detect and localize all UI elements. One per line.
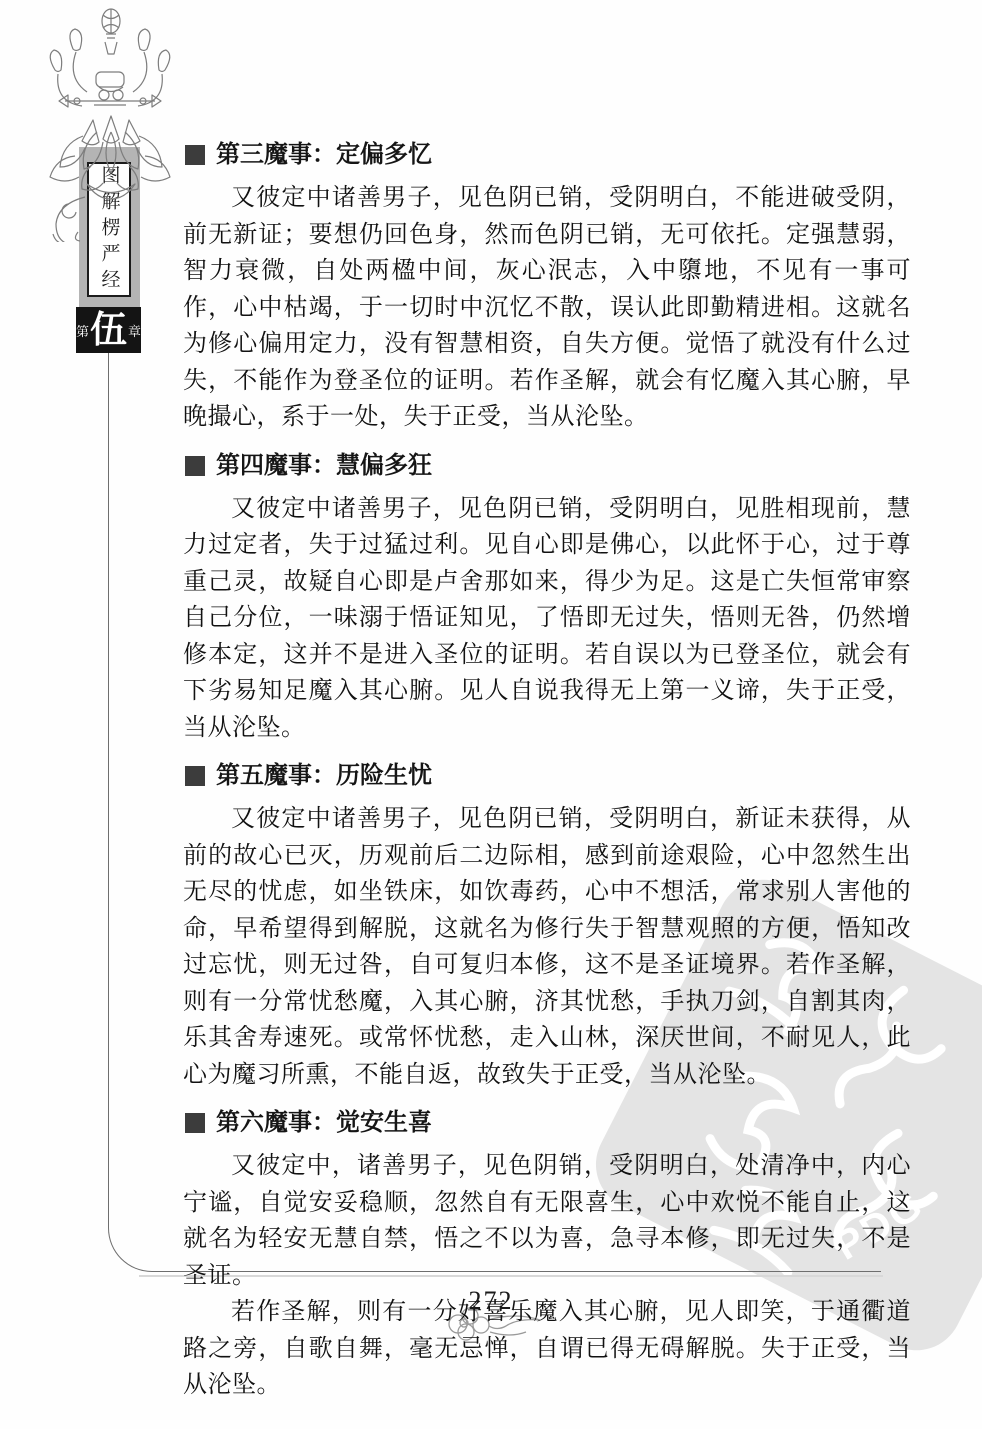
book-page: PDG [0, 0, 982, 1429]
section-mara-4: 第四魔事：慧偏多狂 又彼定中诸善男子，见色阴已销，受阴明白，见胜相现前，慧力过定… [183, 451, 911, 747]
section-heading: 第四魔事：慧偏多狂 [185, 451, 911, 481]
section-heading: 第五魔事：历险生忧 [185, 761, 911, 791]
main-text-column: 第三魔事：定偏多忆 又彼定中诸善男子，见色阴已销，受阴明白，不能进破受阴，前无新… [183, 140, 911, 1418]
body-paragraph: 又彼定中诸善男子，见色阴已销，受阴明白，见胜相现前，慧力过定者，失于过猛过利。见… [183, 491, 911, 747]
body-paragraph: 又彼定中诸善男子，见色阴已销，受阴明白，不能进破受阴，前无新证；要想仍回色身，然… [183, 180, 911, 436]
page-number: 272 [469, 1286, 514, 1315]
section-bullet-icon [185, 1113, 205, 1133]
section-mara-3: 第三魔事：定偏多忆 又彼定中诸善男子，见色阴已销，受阴明白，不能进破受阴，前无新… [183, 140, 911, 436]
section-mara-5: 第五魔事：历险生忧 又彼定中诸善男子，见色阴已销，受阴明白，新证未获得，从前的故… [183, 761, 911, 1093]
section-heading: 第六魔事：觉安生喜 [185, 1108, 911, 1138]
section-mara-6: 第六魔事：觉安生喜 又彼定中，诸善男子，见色阴销，受阴明白，处清净中，内心宁谧，… [183, 1108, 911, 1404]
section-heading-text: 第三魔事：定偏多忆 [216, 140, 432, 170]
lotus-vajra-illustration [33, 4, 187, 242]
section-heading: 第三魔事：定偏多忆 [185, 140, 911, 170]
chapter-badge: 第 伍 章 [76, 307, 141, 353]
section-bullet-icon [185, 766, 205, 786]
section-bullet-icon [185, 145, 205, 165]
section-heading-text: 第四魔事：慧偏多狂 [216, 451, 432, 481]
section-heading-text: 第六魔事：觉安生喜 [216, 1108, 432, 1138]
page-footer: 272 [0, 1286, 982, 1316]
chapter-suffix: 章 [128, 321, 141, 340]
body-paragraph: 又彼定中诸善男子，见色阴已销，受阴明白，新证未获得，从前的故心已灭，历观前后二边… [183, 801, 911, 1093]
section-bullet-icon [185, 456, 205, 476]
chapter-prefix: 第 [76, 321, 89, 340]
body-paragraph: 又彼定中，诸善男子，见色阴销，受阴明白，处清净中，内心宁谧，自觉安妥稳顺，忽然自… [183, 1148, 911, 1294]
section-heading-text: 第五魔事：历险生忧 [216, 761, 432, 791]
chapter-number: 伍 [90, 312, 127, 349]
